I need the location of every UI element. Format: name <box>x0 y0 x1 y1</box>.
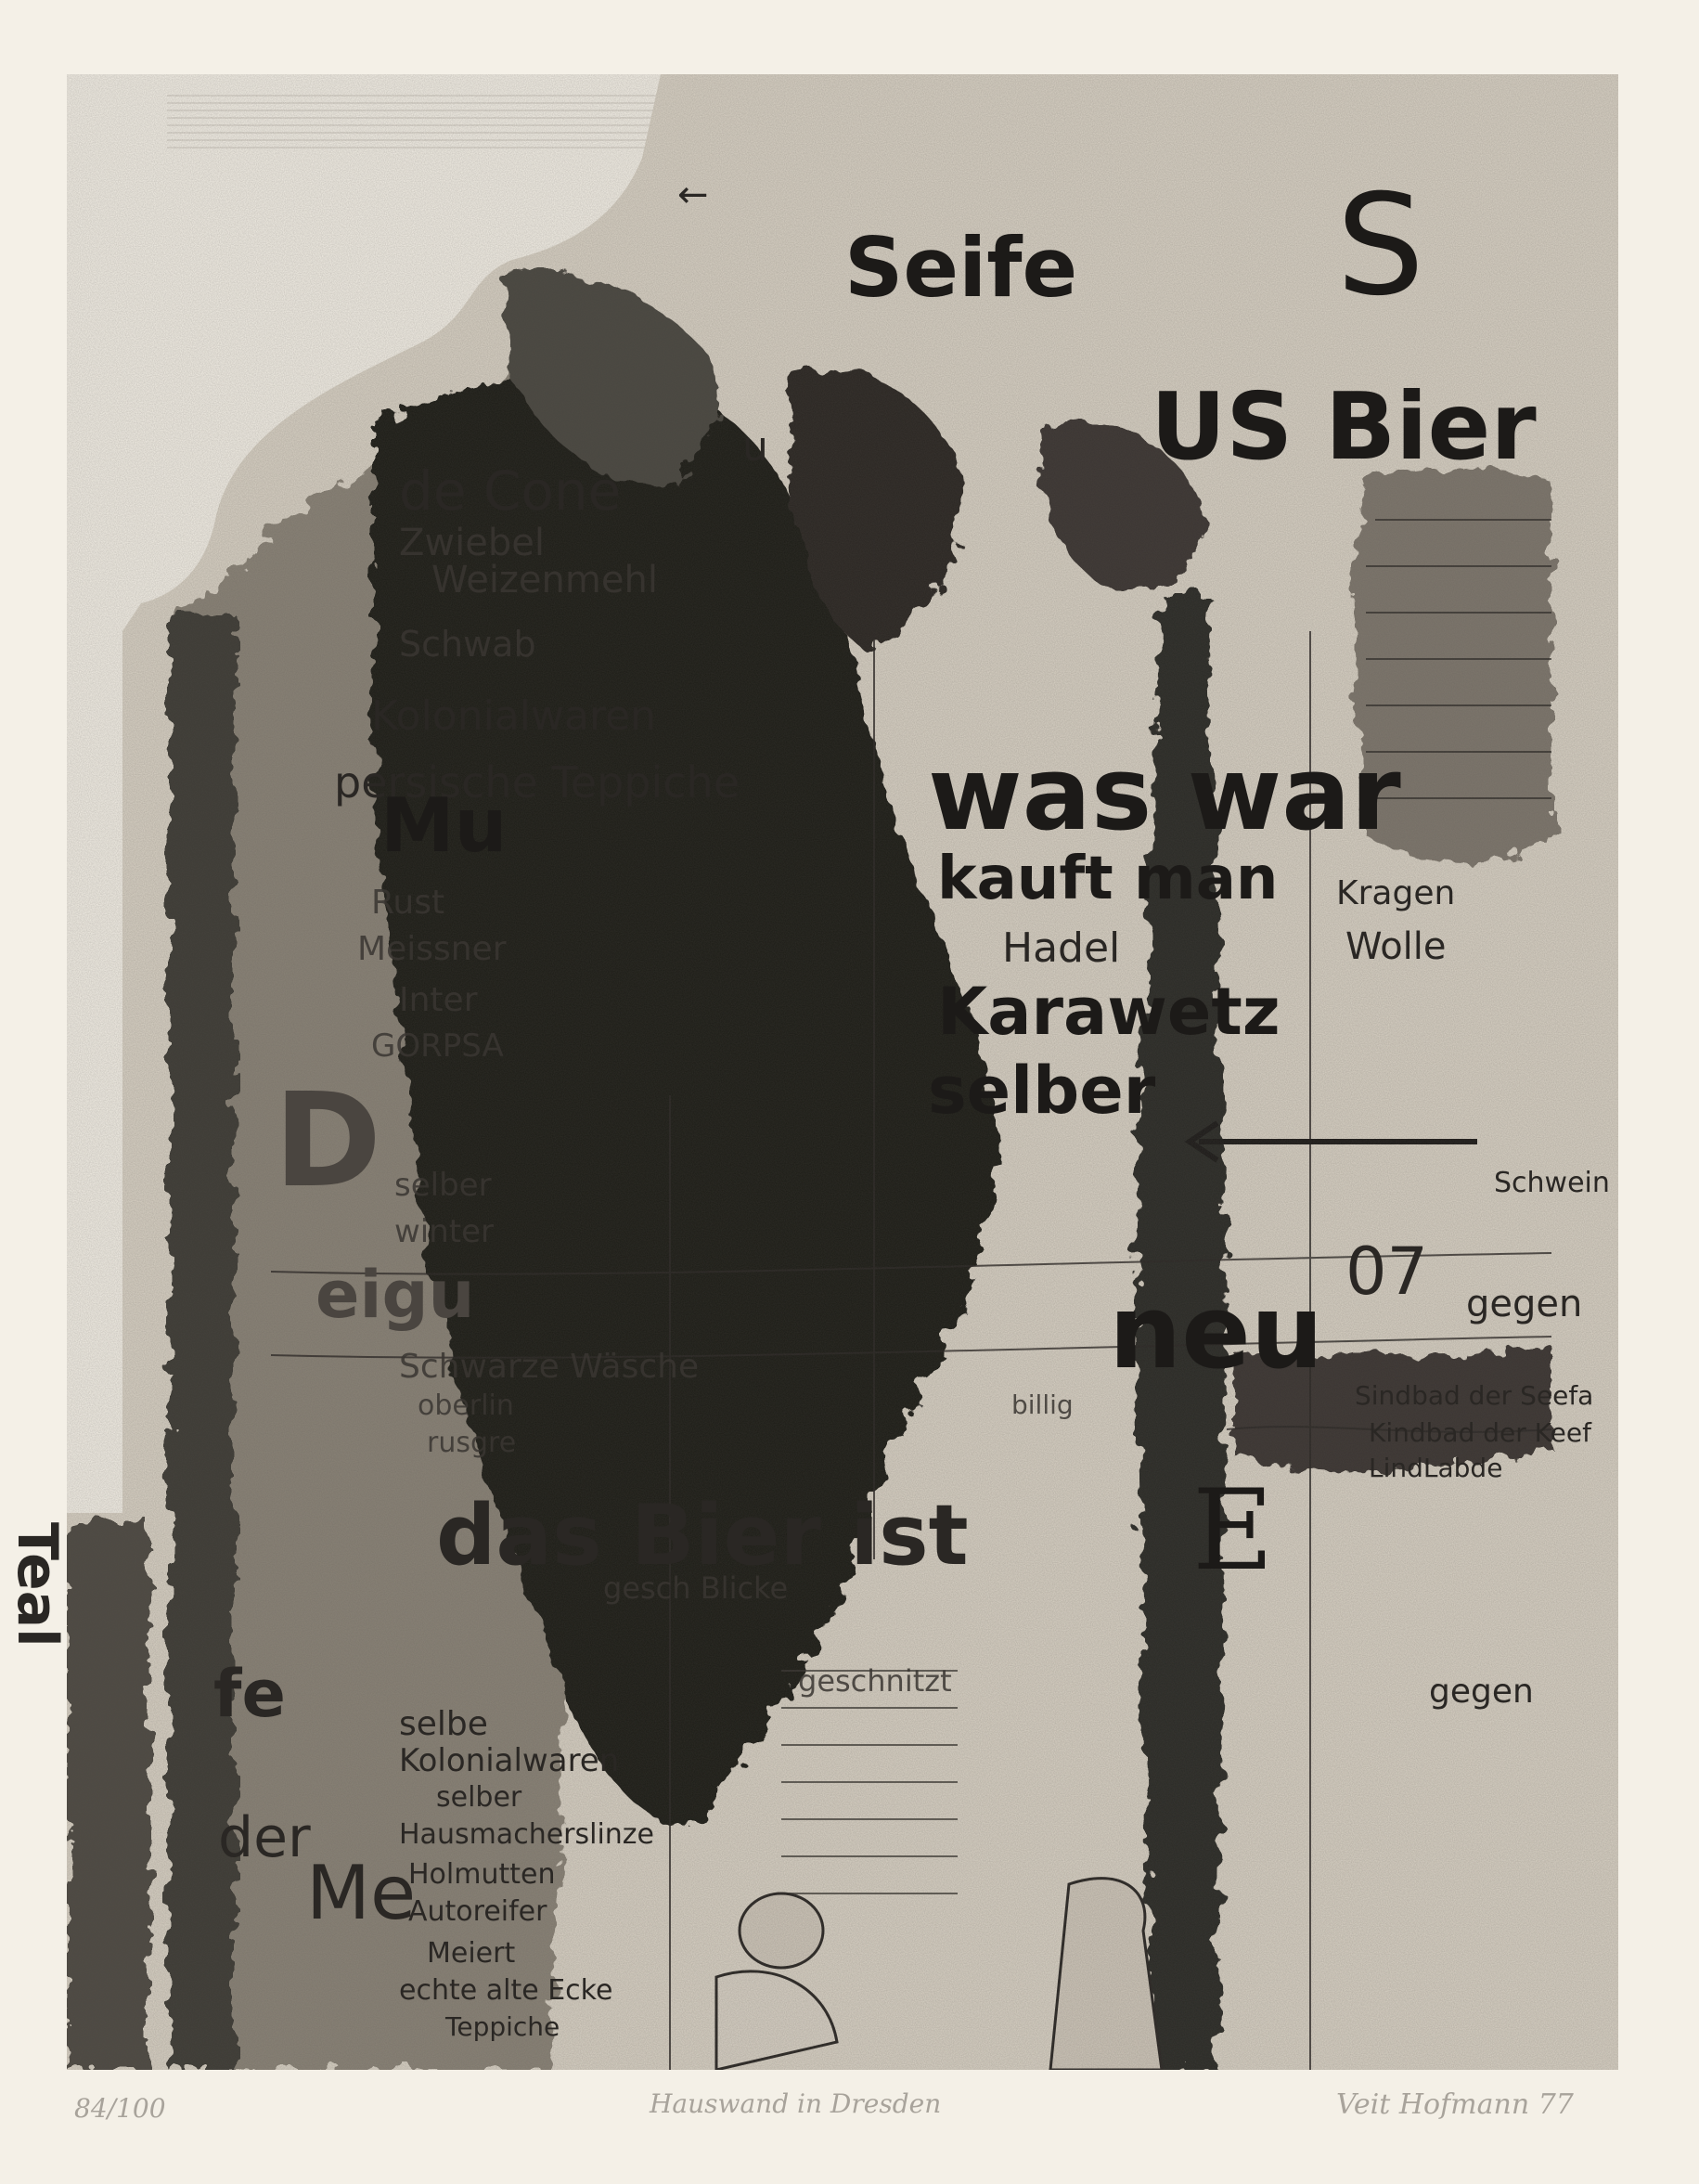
wall-word-geschnitzt: geschnitzt <box>798 1666 952 1696</box>
wall-word-selber-2: selber <box>436 1784 521 1812</box>
wall-word-inter: Inter <box>399 984 478 1017</box>
wall-word-seife: Seife <box>844 227 1077 309</box>
wall-word-de-cone: de Cone <box>399 464 621 518</box>
wall-word-meissner: Meissner <box>357 933 507 966</box>
wall-word-hadel: Hadel <box>1002 928 1120 969</box>
wall-word-das-bier-ist: das Bier ist <box>436 1494 969 1578</box>
wall-word-weizenmehl: Weizenmehl <box>431 562 658 599</box>
wall-word-holmutten: Holmutten <box>408 1861 555 1889</box>
wall-word-kauft-man: kauft man <box>937 849 1278 909</box>
wall-word-autoreifer: Autoreifer <box>408 1898 547 1926</box>
edition-number: 84/100 <box>74 2093 166 2124</box>
wall-word-oberlin: oberlin <box>418 1392 514 1420</box>
artist-signature: Veit Hofmann 77 <box>1336 2088 1574 2121</box>
wall-word-gegen-2: gegen <box>1429 1675 1534 1709</box>
wall-word-wolle: Wolle <box>1345 928 1447 965</box>
wall-word-der: der <box>218 1810 311 1866</box>
wall-word-schwein: Schwein <box>1494 1170 1610 1197</box>
wall-word-selbe: selbe <box>399 1708 488 1741</box>
wall-letter-s: S <box>1336 176 1424 316</box>
wall-word-sindbad-1: Sindbad der Seefa <box>1355 1383 1593 1409</box>
wall-word-kolonialwaren: Kolonialwaren <box>371 696 656 737</box>
wall-word-rusgre: rusgre <box>427 1429 516 1457</box>
wall-word-teal-vertical: Teal <box>9 1522 65 1648</box>
wall-word-was-war: was war <box>928 743 1401 845</box>
wall-word-billig: billig <box>1011 1392 1074 1418</box>
wall-number-07: 07 <box>1345 1239 1428 1304</box>
wall-word-schwab: Schwab <box>399 627 536 662</box>
wall-word-selber: selber <box>928 1058 1155 1123</box>
wall-word-gesch-blicke: gesch Blicke <box>603 1573 788 1603</box>
wall-word-gorpsa: GORPSA <box>371 1030 504 1062</box>
wall-word-gegen-1: gegen <box>1466 1286 1582 1323</box>
wall-word-echte-ecke: echte alte Ecke <box>399 1977 612 2005</box>
wall-word-zwiebel: Zwiebel <box>399 524 545 562</box>
artwork-title: Hauswand in Dresden <box>650 2088 941 2119</box>
wall-word-meiert: Meiert <box>427 1940 515 1968</box>
wall-word-me: Me <box>306 1856 416 1931</box>
wall-word-fe: fe <box>213 1661 286 1726</box>
wall-word-hausmacher: Hausmacherslinze <box>399 1821 654 1849</box>
wall-word-eigu: eigu <box>315 1262 474 1327</box>
wall-word-sindbad-3: LindLabde <box>1369 1455 1502 1481</box>
wall-word-neu: neu <box>1109 1281 1323 1383</box>
wall-word-karawetz: Karawetz <box>937 979 1281 1044</box>
wall-word-sindbad-2: Kindbad der Keef <box>1369 1420 1591 1446</box>
wall-word-kolonialwaren-2: Kolonialwaren <box>399 1745 619 1777</box>
wall-word-kragen: Kragen <box>1336 877 1455 911</box>
wall-word-mu: Mu <box>380 789 508 863</box>
wall-letter-e: E <box>1192 1476 1274 1587</box>
arrow-left-icon: ← <box>677 176 709 213</box>
wall-word-teppiche: Teppiche <box>445 2014 560 2040</box>
wall-word-rust: Rust <box>371 886 444 920</box>
wall-word-winter: winter <box>394 1216 494 1247</box>
wall-word-us-bier: US Bier <box>1151 381 1537 473</box>
wall-word-schwarze-waesche: Schwarze Wäsche <box>399 1350 699 1384</box>
wall-letter-d: D <box>274 1077 381 1207</box>
wall-word-u: u <box>742 427 768 468</box>
wall-word-selber-left: selber <box>394 1170 492 1201</box>
